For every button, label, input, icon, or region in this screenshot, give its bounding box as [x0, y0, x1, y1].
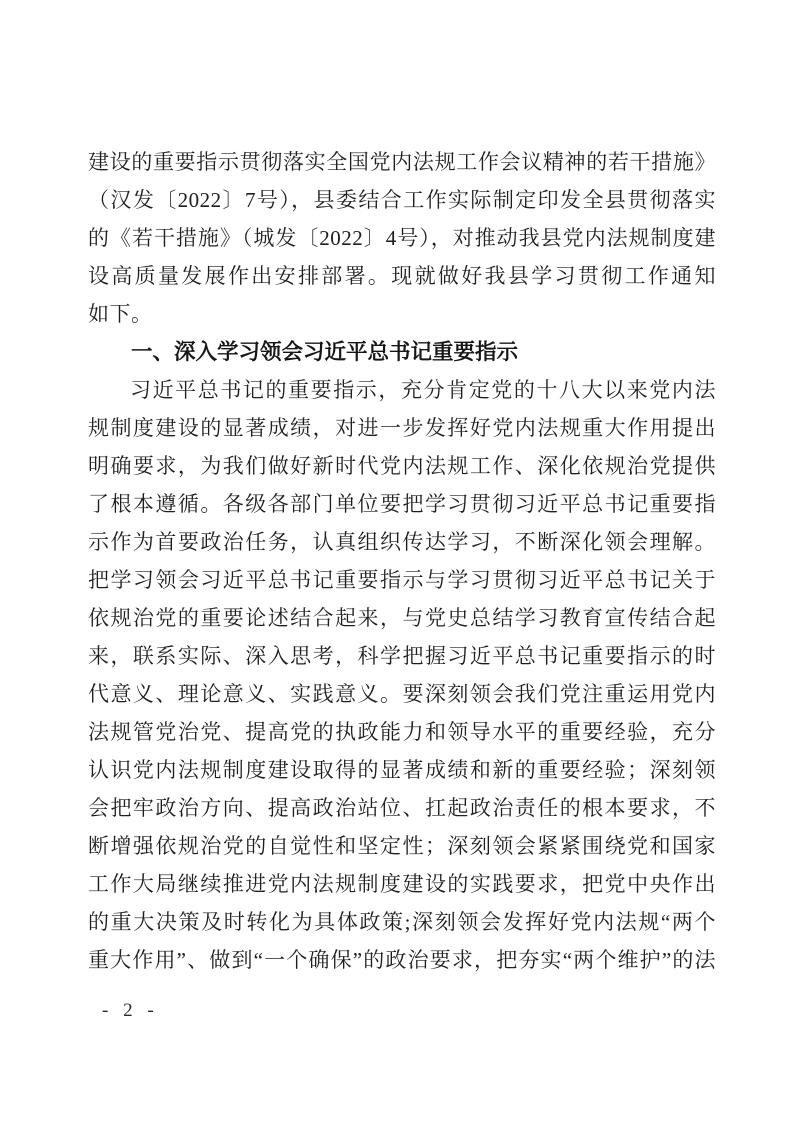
- body-line: 明确要求，为我们做好新时代党内法规工作、深化依规治党提供: [88, 447, 716, 485]
- body-line: 习近平总书记的重要指示，充分肯定党的十八大以来党内法: [88, 371, 716, 409]
- body-line: 重大作用”、做到“一个确保”的政治要求，把夯实“两个维护”的法: [88, 941, 716, 979]
- body-line: 设高质量发展作出安排部署。现就做好我县学习贯彻工作通知: [88, 257, 716, 295]
- body-line: 的《若干措施》（城发〔2022〕4号），对推动我县党内法规制度建: [88, 219, 716, 257]
- body-line: 法规管党治党、提高党的执政能力和领导水平的重要经验，充分: [88, 713, 716, 751]
- document-page: 建设的重要指示贯彻落实全国党内法规工作会议精神的若干措施》 （汉发〔2022〕7…: [0, 0, 793, 1122]
- section-heading: 一、深入学习领会习近平总书记重要指示: [88, 333, 716, 371]
- body-line: 示作为首要政治任务，认真组织传达学习，不断深化领会理解。: [88, 523, 716, 561]
- page-number: - 2 -: [102, 1000, 159, 1022]
- body-line: 来，联系实际、深入思考，科学把握习近平总书记重要指示的时: [88, 637, 716, 675]
- body-line: 建设的重要指示贯彻落实全国党内法规工作会议精神的若干措施》: [88, 143, 716, 181]
- body-line: 断增强依规治党的自觉性和坚定性；深刻领会紧紧围绕党和国家: [88, 827, 716, 865]
- body-line: 规制度建设的显著成绩，对进一步发挥好党内法规重大作用提出: [88, 409, 716, 447]
- body-line: 了根本遵循。各级各部门单位要把学习贯彻习近平总书记重要指: [88, 485, 716, 523]
- body-line: 认识党内法规制度建设取得的显著成绩和新的重要经验；深刻领: [88, 751, 716, 789]
- body-line: 的重大决策及时转化为具体政策;深刻领会发挥好党内法规“两个: [88, 903, 716, 941]
- body-line: 把学习领会习近平总书记重要指示与学习贯彻习近平总书记关于: [88, 561, 716, 599]
- body-line: 工作大局继续推进党内法规制度建设的实践要求，把党中央作出: [88, 865, 716, 903]
- body-line: 代意义、理论意义、实践意义。要深刻领会我们党注重运用党内: [88, 675, 716, 713]
- body-line: 如下。: [88, 295, 716, 333]
- body-line: 会把牢政治方向、提高政治站位、扛起政治责任的根本要求，不: [88, 789, 716, 827]
- body-line: 依规治党的重要论述结合起来，与党史总结学习教育宣传结合起: [88, 599, 716, 637]
- document-body: 建设的重要指示贯彻落实全国党内法规工作会议精神的若干措施》 （汉发〔2022〕7…: [88, 143, 716, 979]
- body-line: （汉发〔2022〕7号），县委结合工作实际制定印发全县贯彻落实: [88, 181, 716, 219]
